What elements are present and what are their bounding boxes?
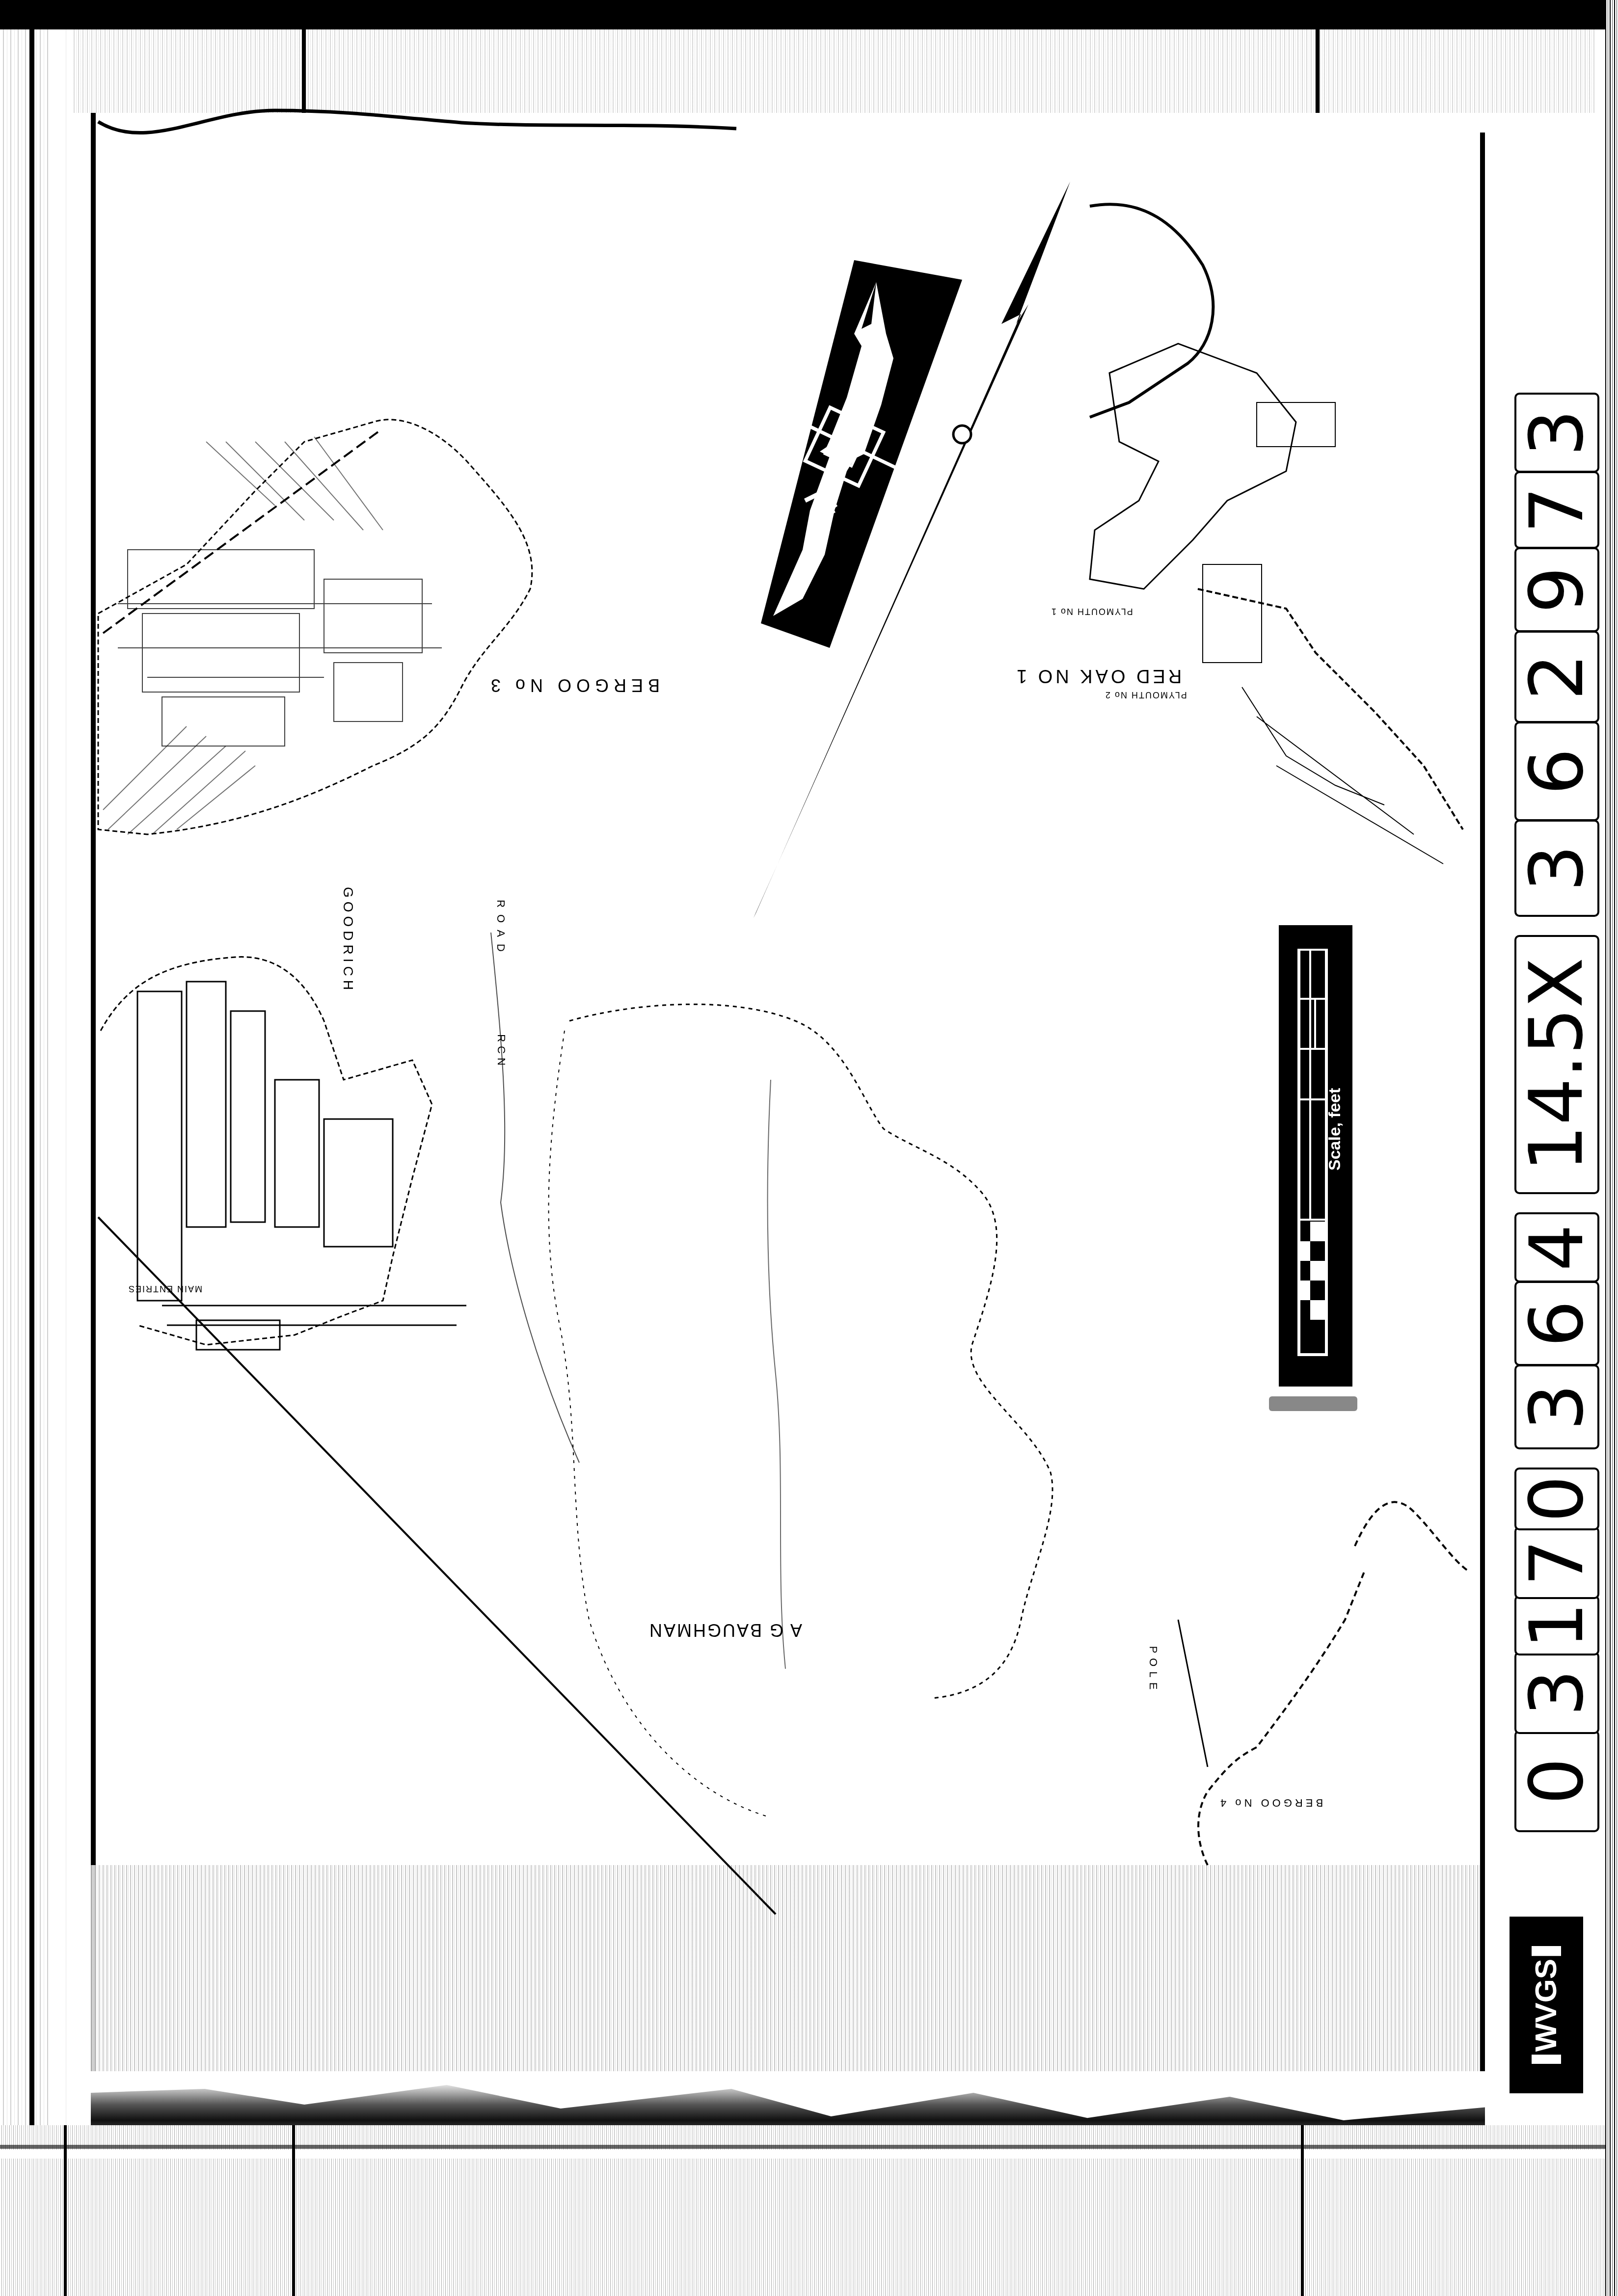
map-top-edge <box>98 110 736 133</box>
bergoo-no4-boundary <box>1198 1502 1468 1865</box>
river-line <box>1090 204 1213 417</box>
survey-line-top <box>103 432 378 633</box>
serial-digit: 3 <box>1520 409 1594 456</box>
scale-bar: Scale, feet <box>1279 925 1352 1387</box>
plymouth-no1-workings <box>1090 344 1296 589</box>
frame-digit: 4 <box>1520 1224 1594 1271</box>
label-plymouth-no1: PLYMOUTH No 1 <box>1051 606 1133 616</box>
red-oak-workings <box>1203 402 1443 864</box>
label-pole: POLE <box>1147 1646 1160 1695</box>
serial-digit: 3 <box>1520 845 1594 891</box>
frame-digit: 0 <box>1520 1758 1594 1804</box>
reduction-ratio: 14.5X <box>1520 958 1594 1172</box>
stream-1 <box>491 933 579 1463</box>
red-oak-no1-boundary <box>1198 589 1463 829</box>
label-road-vertical: ROAD <box>494 900 507 959</box>
label-goodrich: GOODRICH <box>340 887 356 994</box>
serial-digit-box: 6 <box>1514 721 1599 821</box>
frame-digit-box: 3 <box>1514 1652 1599 1734</box>
agency-badge-inner: WVGS <box>1532 1946 1561 2064</box>
serial-digit-box: 3 <box>1514 393 1599 473</box>
frame-digit-box: 0 <box>1514 1730 1599 1832</box>
stream-3 <box>1178 1620 1208 1767</box>
frame-digit: 3 <box>1520 1669 1594 1716</box>
serial-digit: 2 <box>1520 653 1594 700</box>
agency-badge: WVGS <box>1510 1917 1583 2093</box>
bergoo-no3-workings <box>118 550 442 746</box>
north-arrow-plate <box>761 255 967 697</box>
baughman-boundary <box>569 1004 1052 1698</box>
label-red-oak-no1: RED OAK NO 1 <box>1014 665 1182 686</box>
label-rcn: RCN <box>495 1034 508 1069</box>
frame-digit-box: 6 <box>1514 1281 1599 1366</box>
serial-digit-box: 7 <box>1514 471 1599 549</box>
serial-digit: 6 <box>1520 748 1594 795</box>
serial-digit-box: 3 <box>1514 820 1599 917</box>
frame-digit-box: 3 <box>1514 1364 1599 1449</box>
frame-digit: 7 <box>1520 1539 1594 1586</box>
frame-digit: 0 <box>1520 1475 1594 1522</box>
label-baughman: A G BAUGHMAN <box>648 1620 802 1640</box>
compass-north-arrow-icon <box>761 255 967 697</box>
serial-digit-box: 2 <box>1514 631 1599 723</box>
serial-digit: 9 <box>1520 566 1594 613</box>
agency-badge-label: WVGS <box>1528 1955 1565 2054</box>
frame-digit-box: 0 <box>1514 1468 1599 1530</box>
bergoo-no3-hatching <box>103 437 383 834</box>
serial-digit-box: 9 <box>1514 547 1599 632</box>
bergoo-no3-boundary <box>98 420 532 834</box>
label-bergoo-no4: BERGOO No 4 <box>1217 1796 1323 1809</box>
frame-digit: 6 <box>1520 1300 1594 1347</box>
frame-digit: 3 <box>1520 1384 1594 1430</box>
baughman-boundary-west <box>549 1031 766 1816</box>
goodrich-workings <box>137 982 466 1350</box>
label-plymouth-no2: PLYMOUTH No 2 <box>1105 690 1187 700</box>
frame-digit-box: 4 <box>1514 1212 1599 1282</box>
scale-bar-label: Scale, feet <box>1325 1088 1345 1171</box>
label-bergoo-no3: BERGOO No 3 <box>486 675 660 695</box>
survey-line-diagonal <box>98 1217 776 1914</box>
label-main-entries: MAIN ENTRIES <box>128 1283 202 1294</box>
frame-digit: 1 <box>1520 1602 1594 1649</box>
frame-digit-box: 1 <box>1514 1595 1599 1655</box>
scale-bar-mount <box>1269 1396 1357 1411</box>
stream-2 <box>767 1080 785 1669</box>
frame-digit-box: 7 <box>1514 1526 1599 1599</box>
reduction-ratio-box: 14.5X <box>1514 935 1599 1194</box>
serial-digit: 7 <box>1520 486 1594 533</box>
